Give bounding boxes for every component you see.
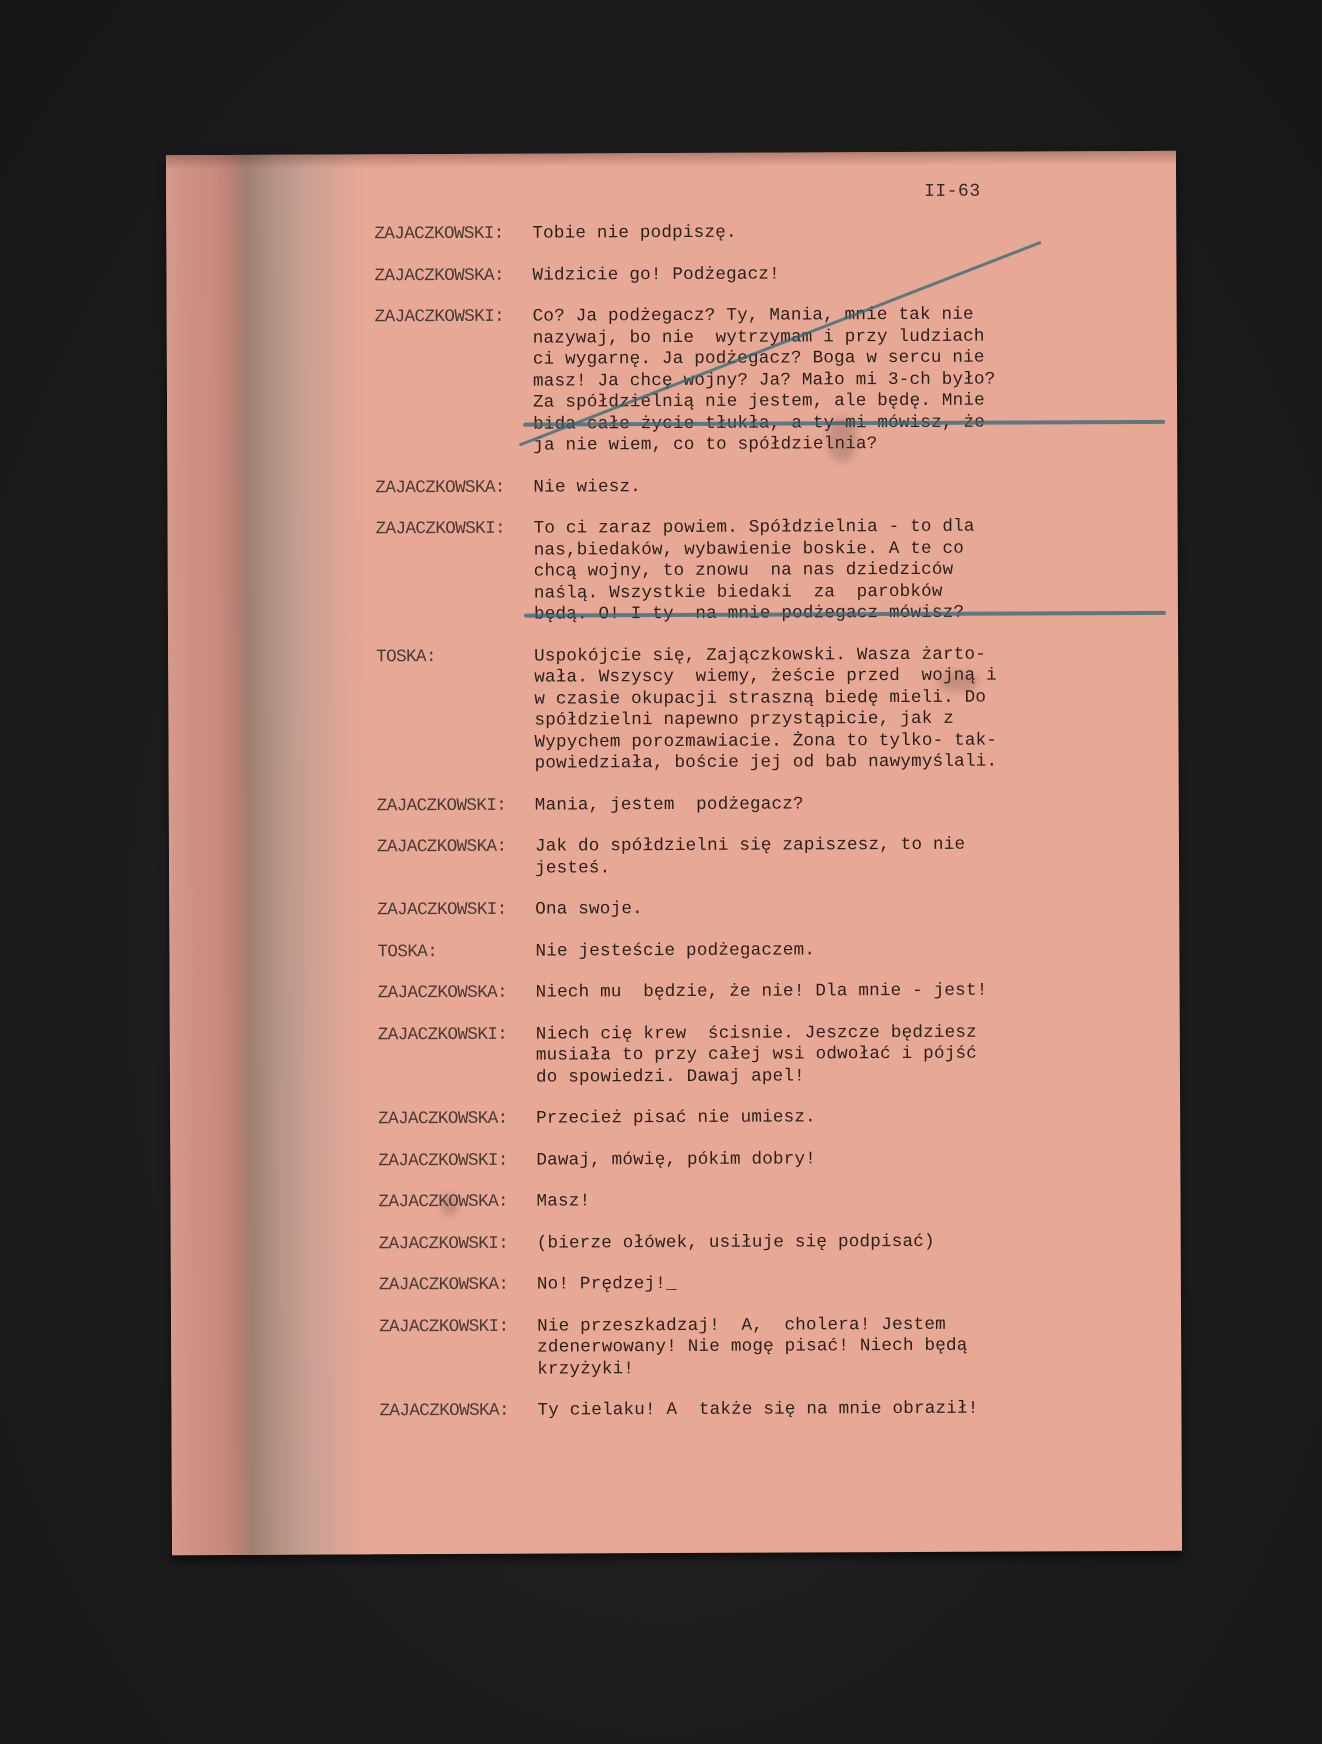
dialogue-entry: ZAJACZKOWSKA:Jak do spółdzielni się zapi… <box>377 834 1157 880</box>
dialogue-entry: ZAJACZKOWSKA:Widzicie go! Podżegacz! <box>374 262 1154 287</box>
speaker-name: TOSKA: <box>377 941 535 963</box>
text-line: Ona swoje. <box>535 897 1157 921</box>
text-line: powiedziała, boście jej od bab nawymyśla… <box>535 751 1157 775</box>
speaker-name: ZAJACZKOWSKA: <box>377 837 535 881</box>
speech-text: Widzicie go! Podżegacz! <box>532 262 1154 286</box>
speech-text: Nie jesteście podżegaczem. <box>535 938 1157 962</box>
speaker-name: ZAJACZKOWSKA: <box>375 477 533 499</box>
dialogue-entry: ZAJACZKOWSKI:Co? Ja podżegacz? Ty, Mania… <box>375 304 1156 458</box>
text-line: Ty cielaku! A także się na mnie obraził! <box>537 1398 1159 1422</box>
text-line: nazywaj, bo nie wytrzymam i przy ludziac… <box>533 325 1155 349</box>
dialogue-entry: ZAJACZKOWSKI:Ona swoje. <box>377 897 1157 922</box>
typescript-page: II-63 ZAJACZKOWSKI:Tobie nie podpiszę.ZA… <box>166 151 1182 1555</box>
struck-line: będą. O! I ty na mnie podżegacz mówisz? <box>534 602 1156 626</box>
text-line: do spowiedzi. Dawaj apel! <box>536 1064 1158 1088</box>
speech-text: Mania, jestem podżegacz? <box>535 792 1157 816</box>
speaker-name: ZAJACZKOWSKI: <box>375 307 534 458</box>
speech-text: Uspokójcie się, Zajączkowski. Wasza żart… <box>534 643 1157 775</box>
dialogue-entry: TOSKA:Nie jesteście podżegaczem. <box>377 938 1157 963</box>
speaker-name: ZAJACZKOWSKA: <box>379 1401 537 1423</box>
speaker-name: ZAJACZKOWSKI: <box>379 1233 537 1255</box>
speech-text: Niech cię krew ścisnie. Jeszcze będziesz… <box>536 1021 1158 1088</box>
dialogue-entry: ZAJACZKOWSKI:(bierze ołówek, usiłuje się… <box>379 1230 1159 1255</box>
text-line: nas,biedaków, wybawienie boskie. A te co <box>534 537 1156 561</box>
dialogue-container: ZAJACZKOWSKI:Tobie nie podpiszę.ZAJACZKO… <box>374 221 1159 1443</box>
text-line: wała. Wszyscy wiemy, żeście przed wojną … <box>534 665 1156 689</box>
text-line: (bierze ołówek, usiłuje się podpisać) <box>537 1230 1159 1254</box>
text-line: Mania, jestem podżegacz? <box>535 792 1157 816</box>
text-line: spółdzielni napewno przystąpicie, jak z <box>534 708 1156 732</box>
text-line: Uspokójcie się, Zajączkowski. Wasza żart… <box>534 643 1156 667</box>
speaker-name: ZAJACZKOWSKI: <box>376 519 534 627</box>
speech-text: To ci zaraz powiem. Spółdzielnia - to dl… <box>534 516 1156 626</box>
text-line: musiała to przy całej wsi odwołać i pójś… <box>536 1043 1158 1067</box>
text-line: zdenerwowany! Nie mogę pisać! Niech będą <box>537 1335 1159 1359</box>
dialogue-entry: ZAJACZKOWSKA:Ty cielaku! A także się na … <box>379 1398 1159 1423</box>
dialogue-entry: ZAJACZKOWSKI:Dawaj, mówię, pókim dobry! <box>378 1147 1158 1172</box>
text-line: Nie przeszkadzaj! A, cholera! Jestem <box>537 1313 1159 1337</box>
text-line: w czasie okupacji straszną biedę mieli. … <box>534 686 1156 710</box>
text-line: chcą wojny, to znowu na nas dziedziców <box>534 559 1156 583</box>
dialogue-entry: ZAJACZKOWSKA:Nie wiesz. <box>375 474 1155 499</box>
speaker-name: ZAJACZKOWSKI: <box>378 1024 536 1089</box>
speech-text: Ty cielaku! A także się na mnie obraził! <box>537 1398 1159 1422</box>
text-line: To ci zaraz powiem. Spółdzielnia - to dl… <box>534 516 1156 540</box>
text-line: naślą. Wszystkie biedaki za parobków <box>534 580 1156 604</box>
dialogue-entry: ZAJACZKOWSKA:Niech mu będzie, że nie! Dl… <box>378 980 1158 1005</box>
smudge-mark <box>827 417 857 462</box>
text-line: Dawaj, mówię, pókim dobry! <box>536 1147 1158 1171</box>
text-line: masz! Ja chcę wojny? Ja? Mało mi 3-ch by… <box>533 368 1155 392</box>
speech-text: Nie wiesz. <box>533 474 1155 498</box>
dialogue-entry: ZAJACZKOWSKA:No! Prędzej!_ <box>379 1272 1159 1297</box>
speech-text: Nie przeszkadzaj! A, cholera! Jestemzden… <box>537 1313 1159 1380</box>
speech-text: Jak do spółdzielni się zapiszesz, to nie… <box>535 834 1157 880</box>
speaker-name: ZAJACZKOWSKA: <box>379 1275 537 1297</box>
smudge-mark <box>938 672 978 692</box>
page-number: II-63 <box>924 182 981 202</box>
text-line: Niech mu będzie, że nie! Dla mnie - jest… <box>536 980 1158 1004</box>
text-line: Masz! <box>536 1189 1158 1213</box>
text-line: Tobie nie podpiszę. <box>532 221 1154 245</box>
text-line: Nie wiesz. <box>533 474 1155 498</box>
speaker-name: ZAJACZKOWSKI: <box>377 795 535 817</box>
dialogue-entry: TOSKA:Uspokójcie się, Zajączkowski. Wasz… <box>376 643 1157 775</box>
text-line: ci wygarnę. Ja podżegacz? Boga w sercu n… <box>533 347 1155 371</box>
dialogue-entry: ZAJACZKOWSKI:Mania, jestem podżegacz? <box>377 792 1157 817</box>
text-line: Co? Ja podżegacz? Ty, Mania, mnie tak ni… <box>533 304 1155 328</box>
text-line: Nie jesteście podżegaczem. <box>535 938 1157 962</box>
speech-text: Tobie nie podpiszę. <box>532 221 1154 245</box>
dialogue-entry: ZAJACZKOWSKI:To ci zaraz powiem. Spółdzi… <box>376 516 1156 627</box>
dialogue-entry: ZAJACZKOWSKI:Niech cię krew ścisnie. Jes… <box>378 1021 1158 1089</box>
speaker-name: ZAJACZKOWSKI: <box>378 1150 536 1172</box>
speaker-name: ZAJACZKOWSKA: <box>374 265 532 287</box>
speaker-name: ZAJACZKOWSKI: <box>377 900 535 922</box>
speaker-name: ZAJACZKOWSKA: <box>378 983 536 1005</box>
speech-text: No! Prędzej!_ <box>537 1272 1159 1296</box>
text-line: Przecież pisać nie umiesz. <box>536 1106 1158 1130</box>
speaker-name: ZAJACZKOWSKA: <box>378 1109 536 1131</box>
text-line: No! Prędzej!_ <box>537 1272 1159 1296</box>
speech-text: Ona swoje. <box>535 897 1157 921</box>
speech-text: Masz! <box>536 1189 1158 1213</box>
speech-text: Przecież pisać nie umiesz. <box>536 1106 1158 1130</box>
speaker-name: ZAJACZKOWSKI: <box>374 224 532 246</box>
text-line: jesteś. <box>535 855 1157 879</box>
speaker-name: ZAJACZKOWSKI: <box>379 1316 537 1381</box>
speech-text: (bierze ołówek, usiłuje się podpisać) <box>537 1230 1159 1254</box>
speaker-name: TOSKA: <box>376 646 535 776</box>
dialogue-entry: ZAJACZKOWSKI:Nie przeszkadzaj! A, choler… <box>379 1313 1159 1381</box>
text-line: Wypychem porozmawiacie. Żona to tylko- t… <box>534 729 1156 753</box>
text-line: krzyżyki! <box>537 1356 1159 1380</box>
text-line: Jak do spółdzielni się zapiszesz, to nie <box>535 834 1157 858</box>
smudge-mark <box>440 1194 458 1216</box>
speech-text: Dawaj, mówię, pókim dobry! <box>536 1147 1158 1171</box>
text-line: Niech cię krew ścisnie. Jeszcze będziesz <box>536 1021 1158 1045</box>
speech-text: Niech mu będzie, że nie! Dla mnie - jest… <box>536 980 1158 1004</box>
dialogue-entry: ZAJACZKOWSKA:Masz! <box>378 1189 1158 1214</box>
text-line: Widzicie go! Podżegacz! <box>532 262 1154 286</box>
dialogue-entry: ZAJACZKOWSKA:Przecież pisać nie umiesz. <box>378 1106 1158 1131</box>
